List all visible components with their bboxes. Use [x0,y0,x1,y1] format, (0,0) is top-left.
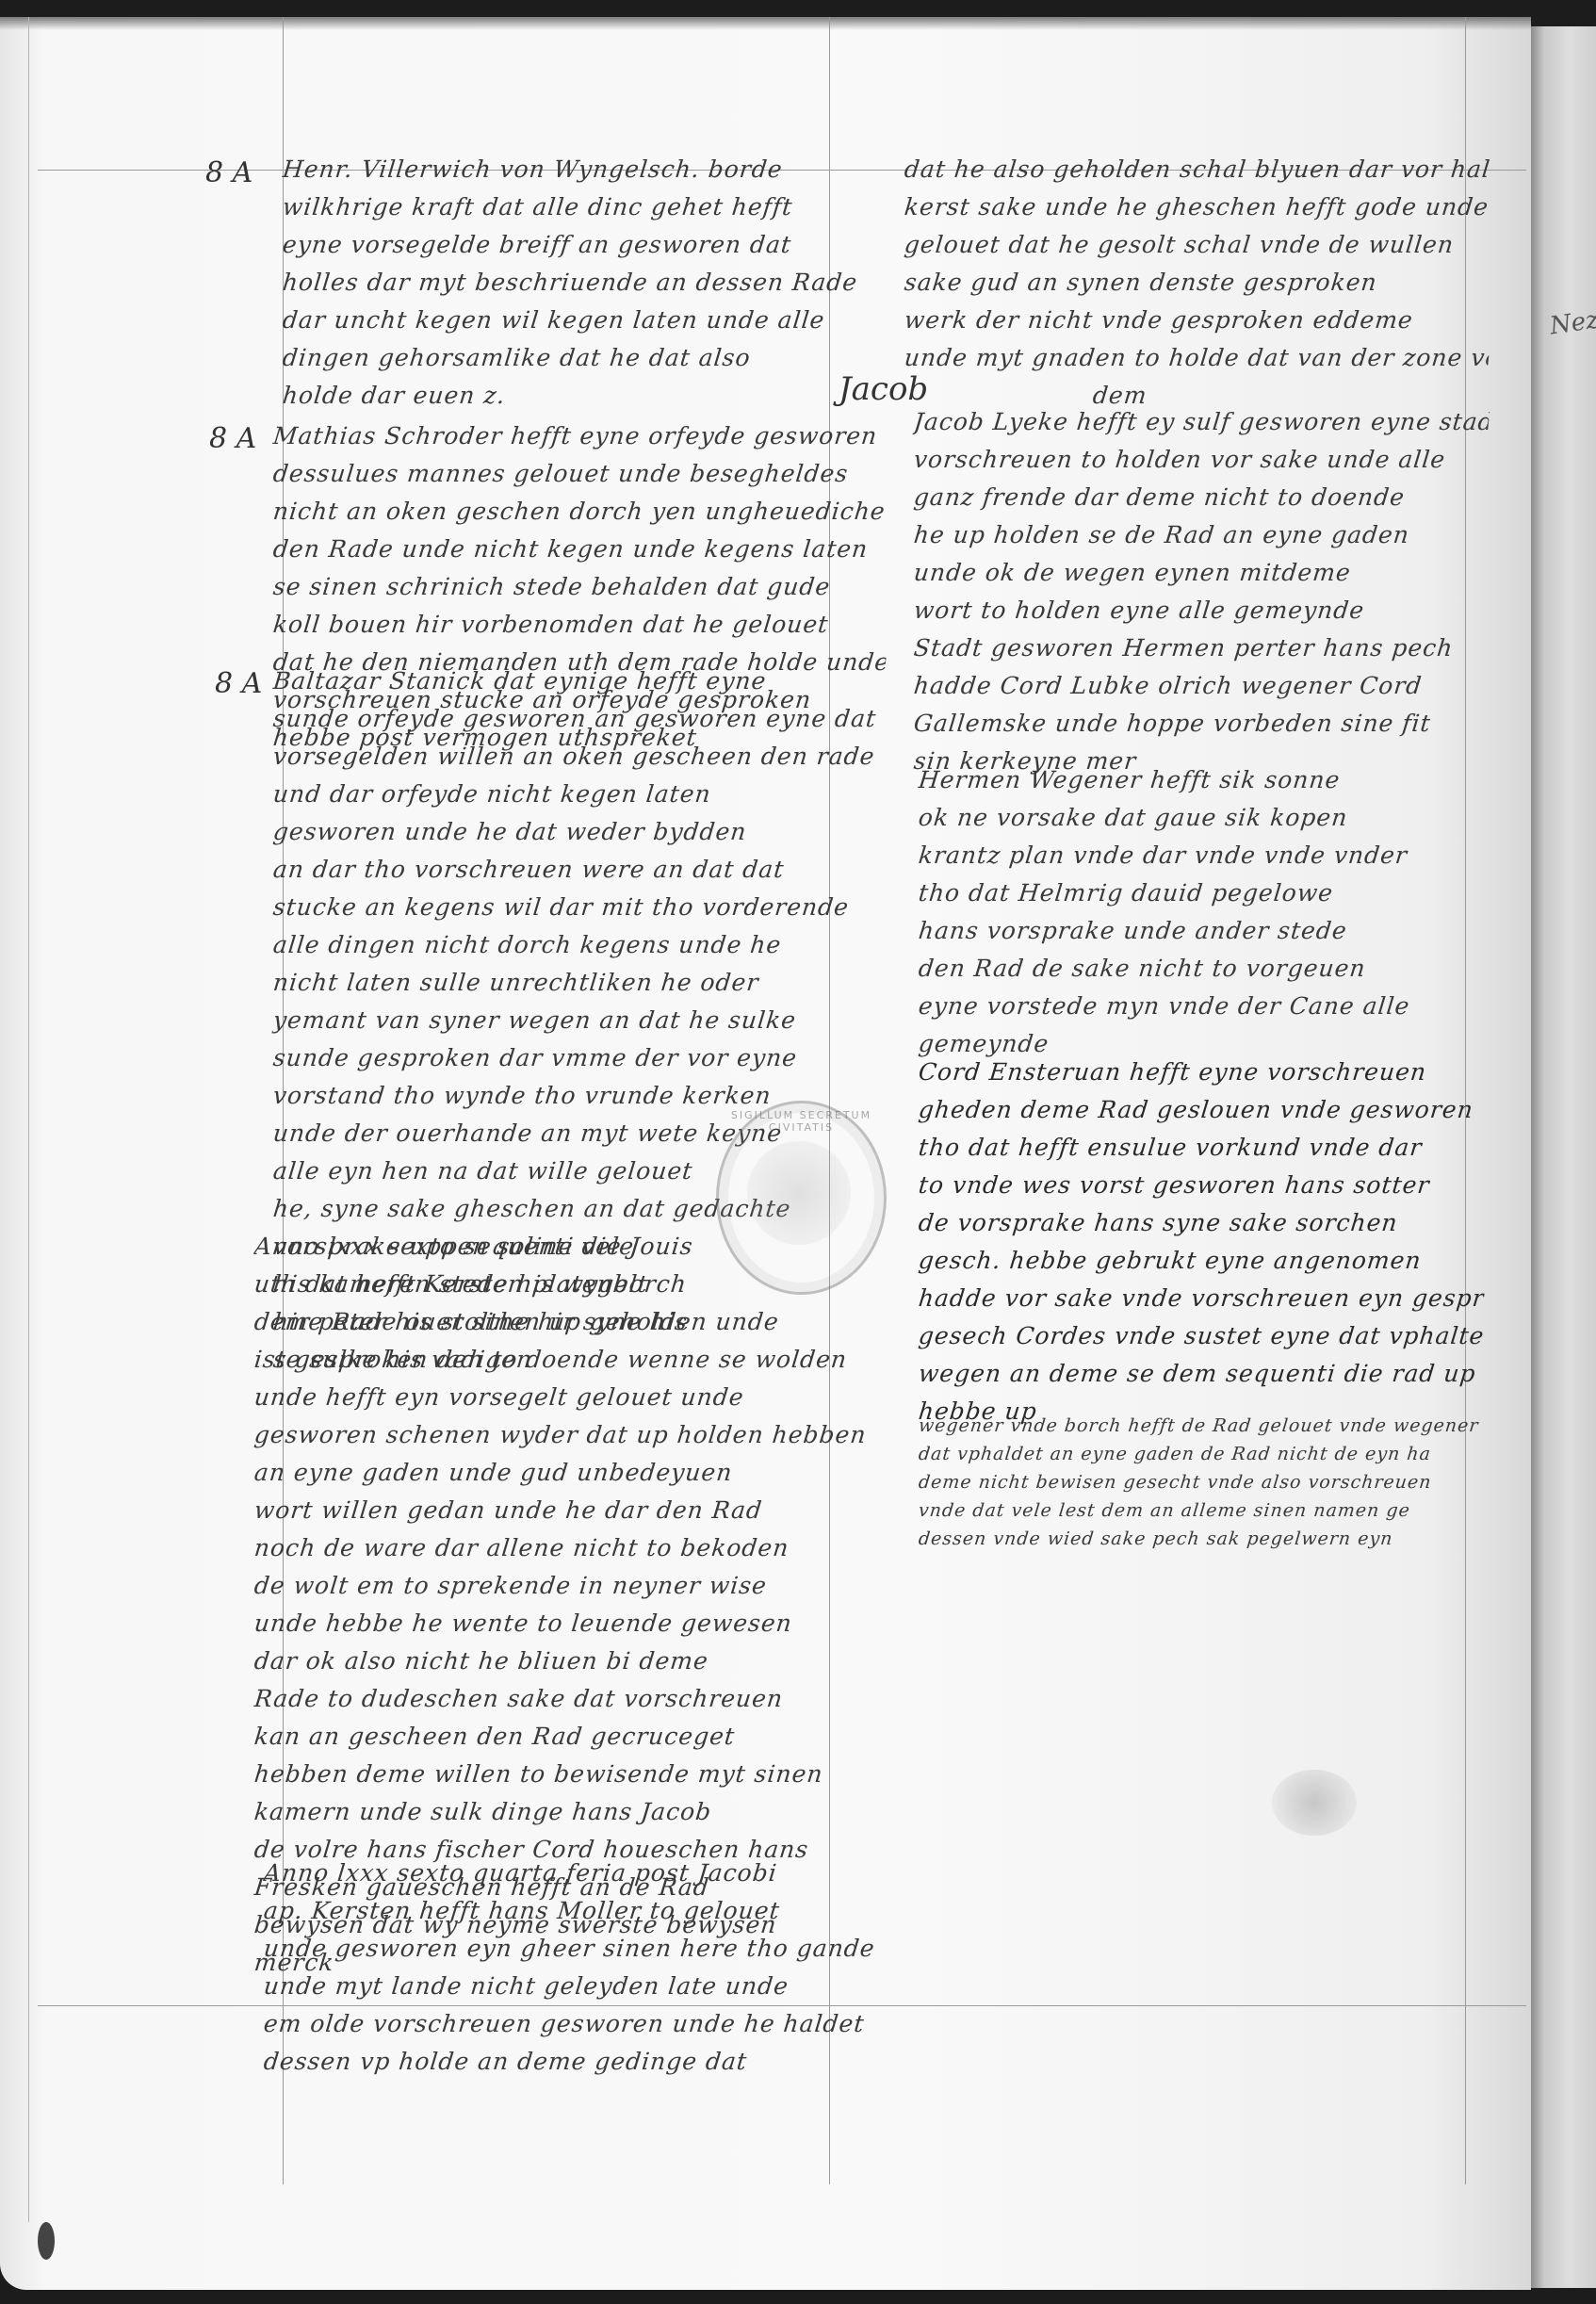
text-line: Baltazar Stanick dat eynige hefft eyne [271,662,888,700]
text-line: wort to holden eyne alle gemeynde [912,592,1490,629]
margin-mark-jacob: Jacob [839,370,928,408]
text-line: kerst sake unde he gheschen hefft gode u… [903,188,1490,226]
text-line: alle dingen nicht dorch kegens unde he [271,926,888,964]
text-line: Mathias Schroder hefft eyne orfeyde gesw… [271,417,888,455]
text-line: gesworen unde he dat weder bydden [271,813,888,851]
text-line: vorsegelden willen an oken gescheen den … [271,738,888,776]
text-line: deme Rade ouer sinen up geholden unde [252,1303,888,1341]
gutter-note: Nez [1548,306,1596,341]
text-line: hadde vor sake vnde vorschreuen eyn gesp… [917,1280,1486,1317]
book-gutter: Nez [1531,26,1596,2288]
paper-stain [1272,1770,1357,1836]
text-line: ist gesproken den to doende wenne se wol… [252,1341,888,1379]
text-line: dessulues mannes gelouet unde beseghelde… [271,455,888,493]
text-line: sunde orfeyde gesworen an gesworen eyne … [271,700,888,738]
text-line: den Rad de sake nicht to vorgeuen [917,950,1486,988]
text-line: unde myt lande nicht geleyden late unde [262,1968,888,2005]
text-line: koll bouen hir vorbenomden dat he geloue… [271,606,888,644]
text-line: ganz frende dar deme nicht to doende [912,479,1490,516]
entry-right-5: wegener vnde borch hefft de Rad gelouet … [919,1412,1484,1553]
text-line: wegen an deme se dem sequenti die rad up [917,1355,1486,1393]
entry-left-5: Anno lxxx sexto quarta feria post Jacobi… [264,1855,886,2081]
entry-right-1: dat he also geholden schal blyuen dar vo… [904,151,1489,415]
text-line: nicht an oken geschen dorch yen ungheued… [271,493,888,531]
text-line: he up holden se de Rad an eyne gaden [912,516,1490,554]
text-line: stucke an kegens wil dar mit tho vordere… [271,889,888,926]
text-line: gesch. hebbe gebrukt eyne angenomen [917,1242,1486,1280]
entry-right-2: Jacob Lyeke hefft ey sulf gesworen eyne … [914,403,1489,780]
text-line: unde ok de wegen eynen mitdeme [912,554,1490,592]
text-line: tho dat Helmrig dauid pegelowe [917,874,1486,912]
text-line: holde dar euen z. [281,377,888,415]
text-line: eyne vorsegelde breiff an gesworen dat [281,226,888,264]
text-line: Cord Ensteruan hefft eyne vorschreuen [917,1054,1486,1091]
text-line: kamern unde sulk dinge hans Jacob [252,1793,888,1831]
text-line: Anno lxxx sexto quarta feria post Jacobi [262,1855,888,1892]
text-line: Jacob Lyeke hefft ey sulf gesworen eyne … [912,403,1490,441]
text-line: werk der nicht vnde gesproken eddeme [903,302,1490,339]
text-line: de wolt em to sprekende in neyner wise [252,1567,888,1605]
text-line: dat vphaldet an eyne gaden de Rad nicht … [917,1440,1485,1468]
seal-legend: SIGILLUM SECRETUM CIVITATIS [719,1109,884,1134]
entry-right-4: Cord Ensteruan hefft eyne vorschreuen gh… [919,1054,1484,1430]
text-line: hadde Cord Lubke olrich wegener Cord [912,667,1490,705]
text-line: krantz plan vnde dar vnde vnde vnder [917,837,1486,874]
entry-right-3: Hermen Wegener hefft sik sonne ok ne vor… [919,761,1484,1063]
text-line: dessen vnde wied sake pech sak pegelwern… [917,1525,1485,1553]
text-line: und dar orfeyde nicht kegen laten [271,776,888,813]
text-line: wort willen gedan unde he dar den Rad [252,1492,888,1529]
text-line: gesech Cordes vnde sustet eyne dat vphal… [917,1317,1486,1355]
text-line: holles dar myt beschriuende an dessen Ra… [281,264,888,302]
text-line: dat he also geholden schal blyuen dar vo… [903,151,1490,188]
text-line: dessen vp holde an deme gedinge dat [262,2043,888,2081]
text-line: Rade to dudeschen sake dat vorschreuen [252,1680,888,1718]
text-line: sake gud an synen denste gesproken [903,264,1490,302]
text-line: Anno lxxx sexto sequenti die Jouis [252,1228,888,1266]
ink-blot [38,2222,55,2260]
text-line: Hermen Wegener hefft sik sonne [917,761,1486,799]
text-line: gheden deme Rad geslouen vnde gesworen [917,1091,1486,1129]
entry-left-1: Henr. Villerwich von Wyngelsch. borde wi… [283,151,886,415]
text-line: nicht laten sulle unrechtliken he oder [271,964,888,1002]
text-line: vnde dat vele lest dem an alleme sinen n… [917,1496,1485,1525]
text-line: kan an gescheen den Rad gecruceget [252,1718,888,1756]
text-line: em olde vorschreuen gesworen unde he hal… [262,2005,888,2043]
text-line: gelouet dat he gesolt schal vnde de wull… [903,226,1490,264]
text-line: hans vorsprake unde ander stede [917,912,1486,950]
text-line: dar ok also nicht he bliuen bi deme [252,1642,888,1680]
text-line: gesworen schenen wyder dat up holden heb… [252,1416,888,1454]
text-line: sunde gesproken dar vmme der vor eyne [271,1039,888,1077]
text-line: dingen gehorsamlike dat he dat also [281,339,888,377]
text-line: to vnde wes vorst gesworen hans sotter [917,1167,1486,1204]
text-line: an dar tho vorschreuen were an dat dat [271,851,888,889]
text-line: unde hefft eyn vorsegelt gelouet unde [252,1379,888,1416]
text-line: hebben deme willen to bewisende myt sine… [252,1756,888,1793]
text-line: ap. Kersten hefft hans Moller to gelouet [262,1892,888,1930]
text-line: tho dat hefft ensulue vorkund vnde dar [917,1129,1486,1167]
manuscript-page: 8 A Henr. Villerwich von Wyngelsch. bord… [0,17,1531,2290]
text-line: de vorsprake hans syne sake sorchen [917,1204,1486,1242]
text-line: vorschreuen to holden vor sake unde alle [912,441,1490,479]
text-line: unde myt gnaden to holde dat van der zon… [903,339,1490,377]
text-line: Henr. Villerwich von Wyngelsch. borde [281,151,888,188]
text-line: Stadt gesworen Hermen perter hans pech [912,629,1490,667]
text-line: den Rade unde nicht kegen unde kegens la… [271,531,888,568]
text-line: noch de ware dar allene nicht to bekoden [252,1529,888,1567]
text-line: ok ne vorsake dat gaue sik kopen [917,799,1486,837]
outer-edge-rule [28,17,29,2222]
text-line: unde gesworen eyn gheer sinen here tho g… [262,1930,888,1968]
margin-mark: 8 A [215,667,262,700]
margin-mark: 8 A [205,156,252,189]
text-line: Gallemske unde hoppe vorbeden sine fit [912,705,1490,743]
text-line: unde hebbe he wente to leuende gewesen [252,1605,888,1642]
text-line: wilkhrige kraft dat alle dinc gehet heff… [281,188,888,226]
text-line: se sinen schrinich stede behalden dat gu… [271,568,888,606]
text-line: yemant van syner wegen an dat he sulke [271,1002,888,1039]
text-line: wegener vnde borch hefft de Rad gelouet … [917,1412,1485,1440]
text-line: uth dat hefft Kersten platenborch [252,1266,888,1303]
text-line: eyne vorstede myn vnde der Cane alle [917,988,1486,1025]
text-line: deme nicht bewisen gesecht vnde also vor… [917,1468,1485,1496]
margin-mark: 8 A [209,422,256,455]
text-line: dar uncht kegen wil kegen laten unde all… [281,302,888,339]
text-line: an eyne gaden unde gud unbedeyuen [252,1454,888,1492]
